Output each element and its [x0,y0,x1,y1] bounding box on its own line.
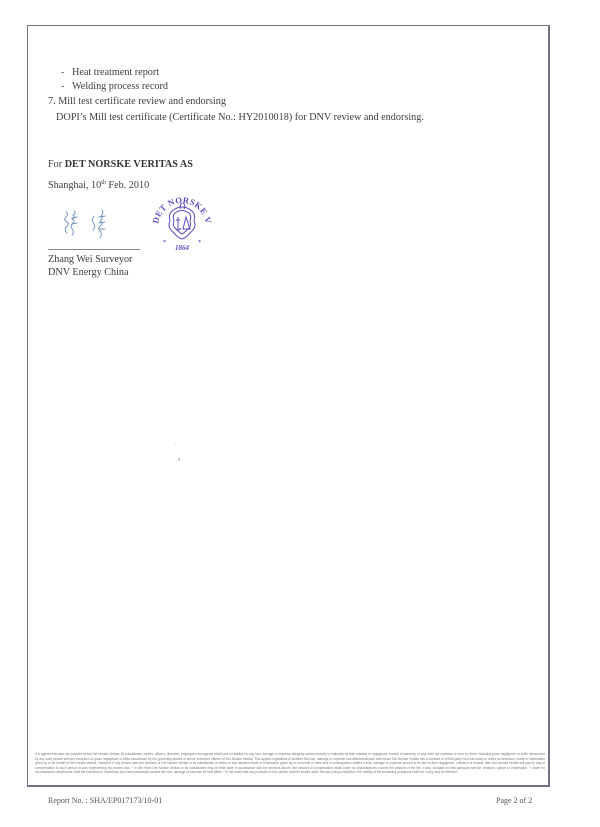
scan-speck [178,458,180,461]
handwritten-signature-icon [60,208,140,242]
signoff-for-company: For DET NORSKE VERITAS AS [48,159,193,171]
section-7-body: DOPI’s Mill test certificate (Certificat… [56,112,424,124]
list-bullet: - [61,81,64,92]
list-item-heat-treatment-report: Heat treatment report [72,67,159,79]
report-number: Report No. : SHA/EP017173/10-01 [48,796,162,805]
page-number: Page 2 of 2 [496,796,532,805]
svg-text:*: * [198,240,201,246]
svg-text:*: * [163,240,166,246]
signatory-unit: DNV Energy China [48,267,129,279]
signatory-name-title: Zhang Wei Surveyor [48,254,132,266]
date-rest: Feb. 2010 [106,180,149,191]
place-date-text: Shanghai, 10 [48,180,101,191]
section-7-heading: 7. Mill test certificate review and endo… [48,96,226,108]
list-item-welding-process-record: Welding process record [72,81,168,93]
svg-text:1864: 1864 [175,244,190,252]
signoff-place-date: Shanghai, 10th Feb. 2010 [48,180,149,192]
page-border [27,25,550,787]
scan-speck [175,442,176,444]
dnv-stamp-icon: DET NORSKE VERITAS 1864 * * [148,189,216,257]
list-bullet: - [61,67,64,78]
signoff-for-label: For [48,159,65,170]
company-name: DET NORSKE VERITAS AS [65,159,193,170]
signature-line [48,249,140,250]
legal-disclaimer: It is agreed that save as provided below… [35,752,545,775]
